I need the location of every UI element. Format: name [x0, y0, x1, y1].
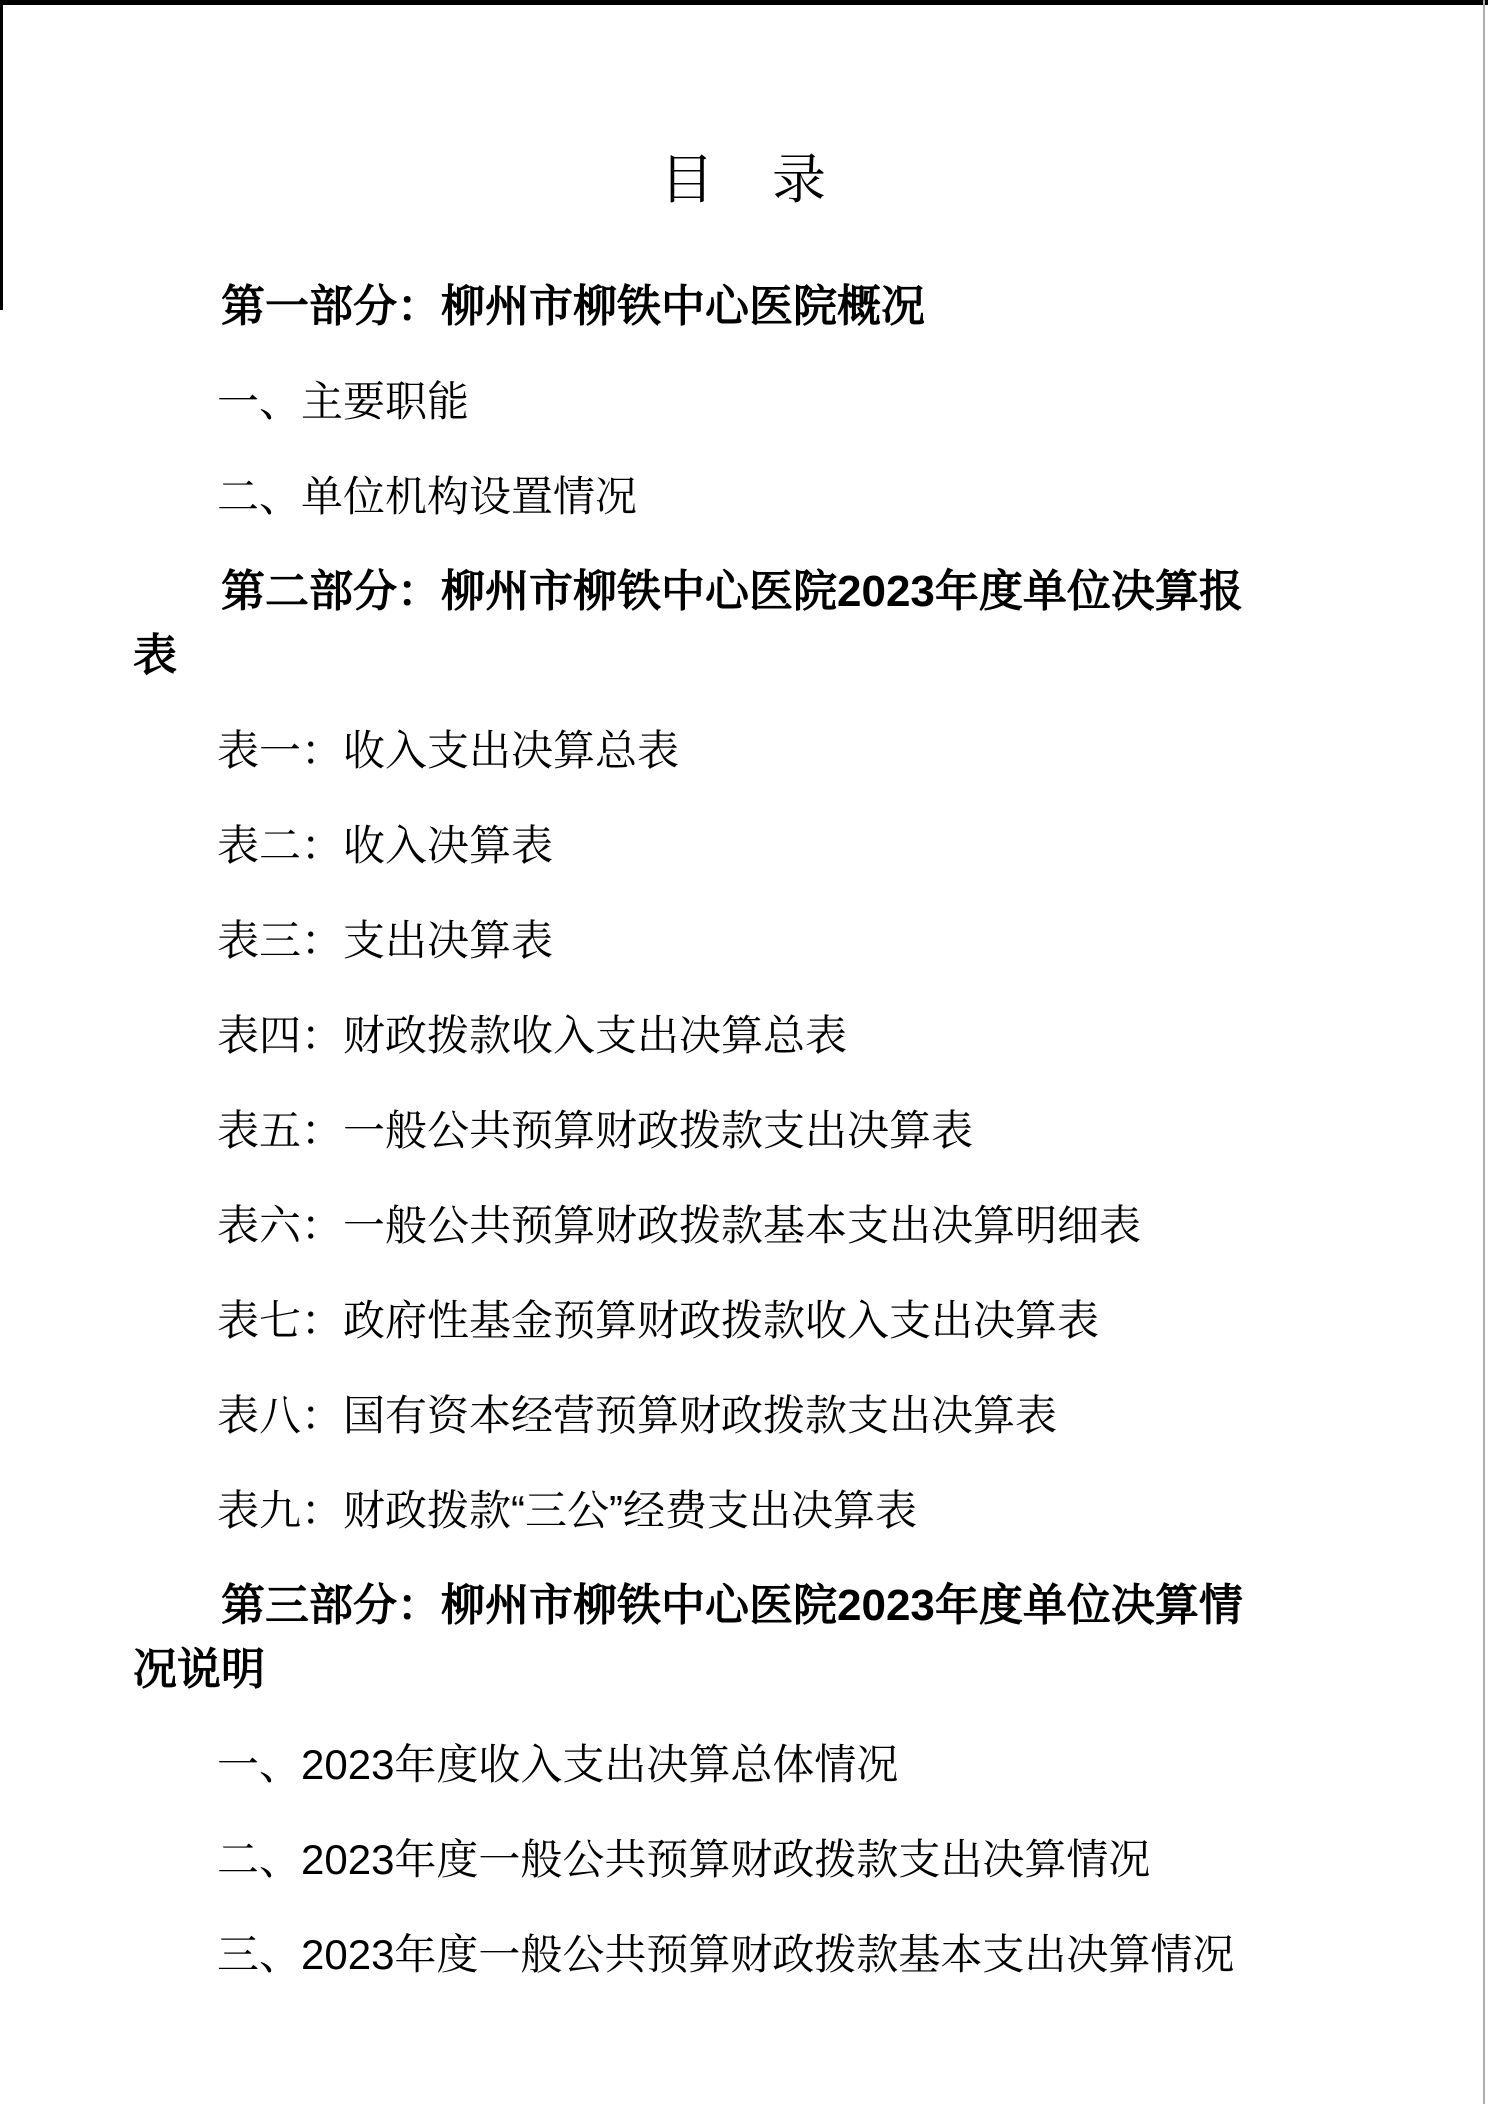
toc-section-heading: 第一部分：柳州市柳铁中心医院概况 [133, 275, 1243, 339]
table-of-contents: 目 录 第一部分：柳州市柳铁中心医院概况 一、主要职能 二、单位机构设置情况 第… [133, 145, 1355, 2018]
toc-item: 表三：支出决算表 [133, 909, 1243, 973]
scan-edge-left [0, 0, 3, 310]
toc-item: 二、2023年度一般公共预算财政拨款支出决算情况 [133, 1828, 1243, 1892]
toc-section-heading: 第三部分：柳州市柳铁中心医院2023年度单位决算情况说明 [133, 1574, 1243, 1702]
toc-section-heading: 第二部分：柳州市柳铁中心医院2023年度单位决算报表 [133, 560, 1243, 688]
toc-item: 表八：国有资本经营预算财政拨款支出决算表 [133, 1384, 1243, 1448]
toc-item: 表七：政府性基金预算财政拨款收入支出决算表 [133, 1289, 1243, 1353]
toc-item: 表五：一般公共预算财政拨款支出决算表 [133, 1099, 1243, 1163]
toc-item: 表六：一般公共预算财政拨款基本支出决算明细表 [133, 1194, 1243, 1258]
toc-item: 一、主要职能 [133, 370, 1243, 434]
toc-item: 二、单位机构设置情况 [133, 465, 1243, 529]
toc-item: 表二：收入决算表 [133, 814, 1243, 878]
toc-item: 三、2023年度一般公共预算财政拨款基本支出决算情况 [133, 1923, 1243, 1987]
scan-edge-top [0, 0, 1488, 5]
scanned-document-page: 目 录 第一部分：柳州市柳铁中心医院概况 一、主要职能 二、单位机构设置情况 第… [0, 0, 1488, 2104]
page-title: 目 录 [133, 145, 1355, 215]
toc-item: 表四：财政拨款收入支出决算总表 [133, 1004, 1243, 1068]
toc-item: 表九：财政拨款“三公”经费支出决算表 [133, 1479, 1243, 1543]
toc-item: 表一：收入支出决算总表 [133, 719, 1243, 783]
toc-item: 一、2023年度收入支出决算总体情况 [133, 1733, 1243, 1797]
scan-edge-right [1483, 0, 1485, 2104]
